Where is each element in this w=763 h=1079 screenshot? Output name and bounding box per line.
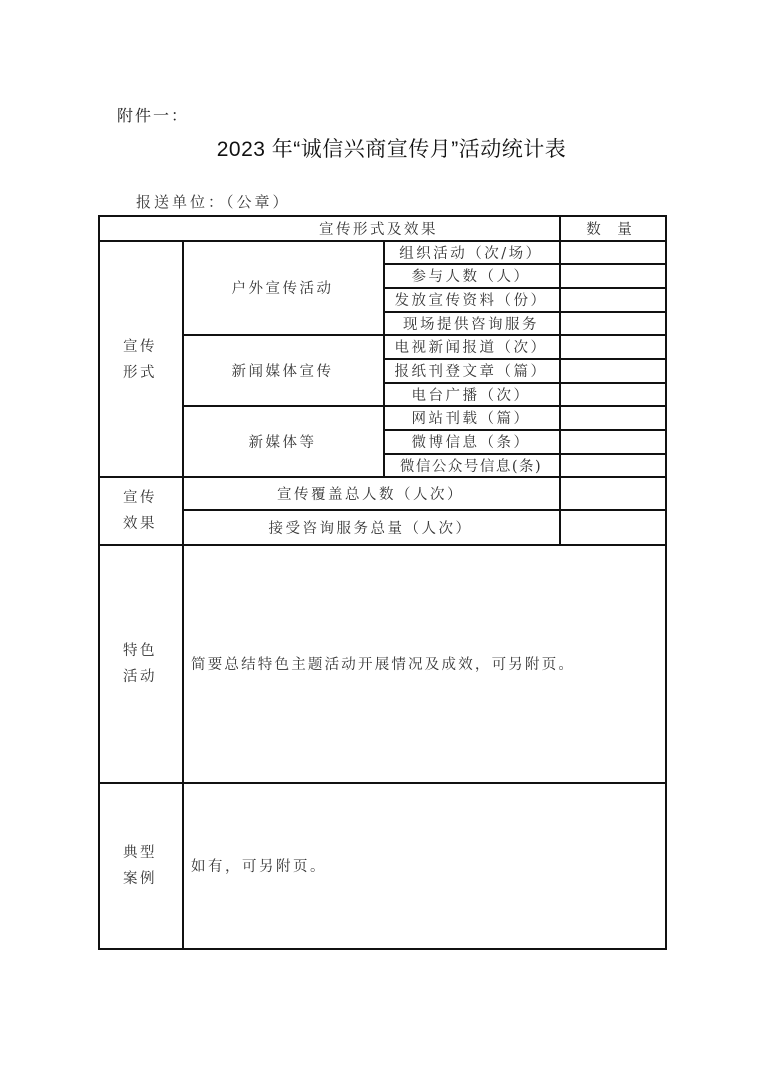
quantity-field-wechat-posts[interactable]: [561, 455, 664, 476]
typical-cases-label-line2: 案例: [123, 866, 157, 892]
publicity-effect-label: 宣传 效果: [98, 477, 182, 544]
quantity-field-radio-broadcasts[interactable]: [561, 384, 664, 405]
table-border-right: [665, 215, 667, 950]
featured-activities-label: 特色 活动: [98, 545, 182, 782]
quantity-field-organized-activities[interactable]: [561, 242, 664, 263]
attachment-label: 附件一：: [117, 103, 189, 126]
item-total-consultations: 接受咨询服务总量（人次）: [182, 510, 559, 544]
featured-activities-label-line2: 活动: [123, 664, 157, 690]
group-news-media: 新闻媒体宣传: [182, 335, 383, 406]
publicity-effect-label-line1: 宣传: [123, 485, 157, 511]
typical-cases-label-line1: 典型: [123, 840, 157, 866]
item-organized-activities: 组织活动（次/场）: [383, 241, 559, 263]
item-total-coverage: 宣传覆盖总人数（人次）: [182, 477, 559, 509]
quantity-field-materials-distributed[interactable]: [561, 289, 664, 311]
featured-activities-content[interactable]: 简要总结特色主题活动开展情况及成效，可另附页。: [183, 545, 665, 782]
group-new-media: 新媒体等: [182, 406, 383, 477]
quantity-field-onsite-consulting[interactable]: [561, 313, 664, 334]
quantity-field-weibo-posts[interactable]: [561, 431, 664, 453]
featured-activities-label-line1: 特色: [123, 638, 157, 664]
header-form-and-effect: 宣传形式及效果: [98, 216, 559, 240]
quantity-field-participants[interactable]: [561, 265, 664, 287]
publicity-effect-label-line2: 效果: [123, 511, 157, 537]
quantity-field-total-coverage[interactable]: [561, 478, 664, 509]
item-radio-broadcasts: 电台广播（次）: [383, 383, 559, 405]
item-materials-distributed: 发放宣传资料（份）: [383, 288, 559, 311]
publicity-form-label-line2: 形式: [123, 360, 157, 386]
publicity-form-label: 宣传 形式: [98, 334, 182, 386]
header-quantity: 数 量: [559, 216, 665, 240]
item-participants: 参与人数（人）: [383, 264, 559, 287]
quantity-field-newspaper-articles[interactable]: [561, 360, 664, 382]
item-wechat-posts: 微信公众号信息(条): [383, 454, 559, 476]
group-outdoor-activities: 户外宣传活动: [182, 240, 383, 335]
item-tv-news-reports: 电视新闻报道（次）: [383, 335, 559, 358]
quantity-field-total-consultations[interactable]: [561, 511, 664, 544]
item-newspaper-articles: 报纸刊登文章（篇）: [383, 359, 559, 382]
item-weibo-posts: 微博信息（条）: [383, 430, 559, 453]
item-onsite-consulting: 现场提供咨询服务: [383, 312, 559, 334]
item-website-posts: 网站刊载（篇）: [383, 406, 559, 429]
submitting-unit-label: 报送单位：（公章）: [136, 191, 291, 212]
publicity-form-label-line1: 宣传: [123, 334, 157, 360]
typical-cases-content[interactable]: 如有，可另附页。: [183, 783, 665, 948]
typical-cases-label: 典型 案例: [98, 783, 182, 948]
quantity-field-website-posts[interactable]: [561, 407, 664, 429]
page-title: 2023 年“诚信兴商宣传月”活动统计表: [0, 133, 763, 163]
quantity-field-tv-news-reports[interactable]: [561, 336, 664, 358]
